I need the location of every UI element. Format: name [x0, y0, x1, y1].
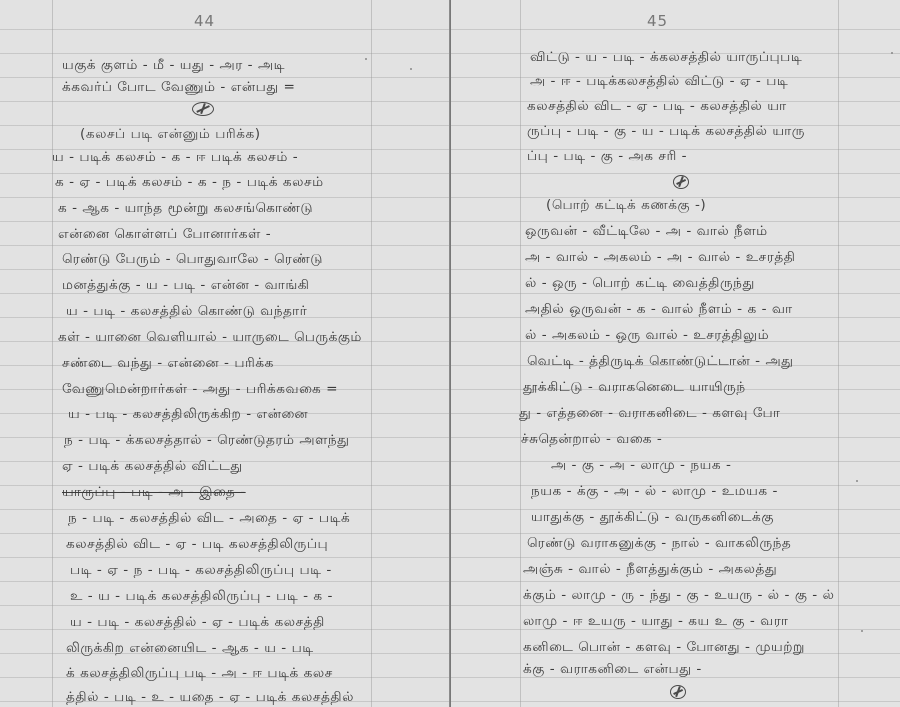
end-ornament-icon: [670, 685, 686, 699]
manuscript-line: அ - ஈ - படிக்கலசத்தில் விட்டு - ஏ - படி: [530, 74, 788, 90]
right-margin-rule: [371, 0, 372, 707]
manuscript-line: யாதுக்கு - தூக்கிட்டு - வருகனிடைக்கு: [531, 510, 774, 526]
manuscript-line: அ - கு - அ - லாமு - நயக -: [551, 458, 731, 474]
manuscript-line: கலசத்தில் விட - ஏ - படி - கலசத்தில் யா: [527, 99, 787, 115]
left-margin-rule: [520, 0, 521, 707]
paper-speck: [410, 68, 412, 70]
manuscript-line: க் கலசத்திலிருப்பு படி - அ - ஈ படிக் கலச: [66, 666, 333, 682]
left-margin-rule: [52, 0, 53, 707]
section-heading: (கலசப் படி என்னும் பரிக்க): [80, 127, 261, 143]
manuscript-line: ந - படி - கலசத்தில் விட - அதை - ஏ - படிக…: [68, 511, 350, 527]
manuscript-line: க்கும் - லாமு - ரு - ந்து - கு - உயரு - …: [523, 588, 834, 604]
manuscript-line: து - எத்தனை - வராகனிடை - களவு போ: [519, 406, 780, 422]
manuscript-line: லாமு - ஈ உயரு - யாது - கய உ கு - வரா: [523, 614, 788, 630]
manuscript-line: ய - படி - கலசத்திலிருக்கிற - என்னை: [68, 407, 308, 423]
manuscript-line: யகுக் குளம் - மீ - யது - அர - அடி: [62, 58, 285, 74]
section-ornament-icon: [673, 175, 689, 189]
paper-speck: [365, 58, 367, 60]
section-heading: (பொற் கட்டிக் கணக்கு -): [546, 198, 706, 214]
paper-speck: [856, 480, 858, 482]
manuscript-line: ருப்பு - படி - கு - ய - படிக் கலசத்தில் …: [527, 124, 805, 140]
section-ornament-icon: [192, 102, 214, 116]
manuscript-line: ப்பு - படி - கு - அக சரி -: [527, 149, 687, 165]
manuscript-line: ய - படி - கலசத்தில் கொண்டு வந்தார்: [66, 304, 307, 320]
manuscript-line: ல் - ஒரு - பொற் கட்டி வைத்திருந்து: [525, 276, 755, 292]
manuscript-line: லிருக்கிற என்னையிட - ஆக - ய - படி: [66, 641, 314, 657]
manuscript-line: தூக்கிட்டு - வராகனெடை யாயிருந்: [523, 380, 746, 396]
manuscript-line: வெட்டி - த்திருடிக் கொண்டுட்டான் - அது: [527, 354, 794, 370]
manuscript-line: என்னை கொள்ளப் போனார்கள் -: [58, 227, 271, 243]
manuscript-line: அதில் ஒருவன் - க - வால் நீளம் - க - வா: [525, 302, 793, 318]
manuscript-line: மனத்துக்கு - ய - படி - என்ன - வாங்கி: [62, 278, 310, 294]
manuscript-line: ய - படி - கலசத்தில் - ஏ - படிக் கலசத்தி: [70, 615, 325, 631]
manuscript-line: க - ஆக - யாந்த மூன்று கலசங்கொண்டு: [58, 201, 313, 217]
manuscript-line: உ - ய - படிக் கலசத்திலிருப்பு - படி - க …: [70, 589, 333, 605]
manuscript-line: ச்சுதென்றால் - வகை -: [521, 432, 662, 448]
manuscript-line: க்கவர்ப் போட வேணும் - என்பது =: [62, 80, 296, 96]
manuscript-line: விட்டு - ய - படி - க்கலசத்தில் யாருப்புப…: [530, 50, 802, 66]
manuscript-line: அ - வால் - அகலம் - அ - வால் - உசரத்தி: [525, 250, 795, 266]
manuscript-line: ய - படிக் கலசம் - க - ஈ படிக் கலசம் -: [52, 150, 298, 166]
right-margin-rule: [838, 0, 839, 707]
manuscript-line: ஏ - படிக் கலசத்தில் விட்டது: [62, 459, 243, 475]
page-number: 44: [194, 12, 215, 30]
manuscript-line: ரெண்டு வராகனுக்கு - நால் - வாகலிருந்த: [527, 536, 791, 552]
page-number: 45: [647, 12, 668, 30]
manuscript-line: சண்டை வந்து - என்னை - பரிக்க: [62, 356, 274, 372]
manuscript-line: ஒருவன் - வீட்டிலே - அ - வால் நீளம்: [525, 224, 768, 240]
manuscript-line: கனிடை பொன் - களவு - போனது - முயற்று: [523, 640, 805, 656]
right-page: 45 விட்டு - ய - படி - க்கலசத்தில் யாருப்…: [451, 0, 900, 707]
manuscript-line: ரெண்டு பேரும் - பொதுவாலே - ரெண்டு: [62, 252, 323, 268]
manuscript-line: அஞ்சு - வால் - நீளத்துக்கும் - அகலத்து: [523, 562, 777, 578]
struck-manuscript-line: யாருப்பு - படி - அ - இதை -: [62, 485, 246, 501]
manuscript-line: கள் - யானை வெளியால் - யாருடை பெருக்கும்: [58, 330, 362, 346]
manuscript-line: க - ஏ - படிக் கலசம் - க - ந - படிக் கலசம…: [55, 175, 324, 191]
notebook-spread: 44 யகுக் குளம் - மீ - யது - அர - அடி க்க…: [0, 0, 900, 707]
manuscript-line: கலசத்தில் விட - ஏ - படி கலசத்திலிருப்பு: [66, 537, 328, 553]
paper-speck: [861, 630, 863, 632]
manuscript-line: நயக - க்கு - அ - ல் - லாமு - உமயக -: [531, 484, 778, 500]
manuscript-line: ந - படி - க்கலசத்தால் - ரெண்டுதரம் அளந்த…: [64, 433, 350, 449]
left-page: 44 யகுக் குளம் - மீ - யது - அர - அடி க்க…: [0, 0, 450, 707]
manuscript-line: த்தில் - படி - உ - யதை - ஏ - படிக் கலசத்…: [66, 690, 354, 706]
manuscript-line: வேணுமென்றார்கள் - அது - பரிக்கவகை =: [62, 382, 338, 398]
manuscript-line: ல் - அகலம் - ஒரு வால் - உசரத்திலும்: [525, 328, 769, 344]
paper-speck: [891, 52, 893, 54]
manuscript-line: படி - ஏ - ந - படி - கலசத்திலிருப்பு படி …: [70, 563, 332, 579]
manuscript-line: க்கு - வராகனிடை என்பது -: [523, 662, 702, 678]
